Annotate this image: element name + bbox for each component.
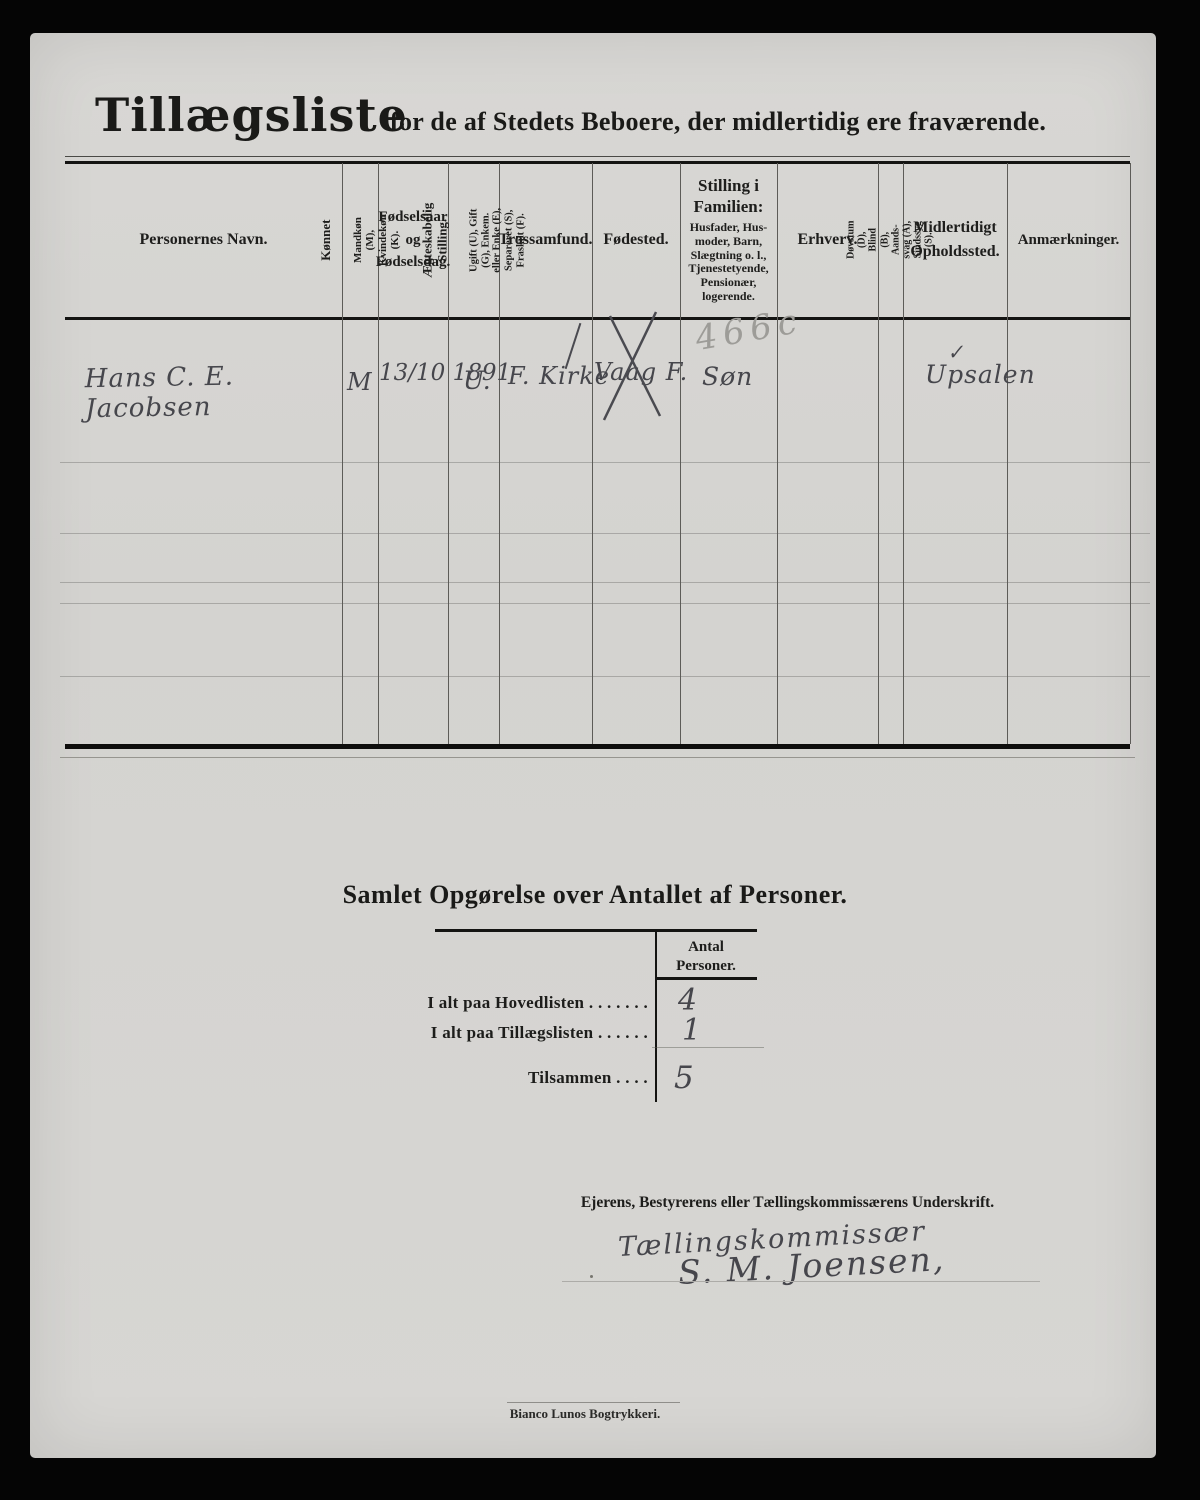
faint-row-line (60, 582, 1150, 583)
family-header-sub: Husfader, Hus- moder, Barn, Slægtning o.… (688, 221, 768, 304)
entry-temporary-residence: Upsalen (925, 360, 1036, 389)
column-header-faith: Trossamfund. (499, 163, 592, 317)
printer-rule (507, 1402, 680, 1403)
entry-name: Hans C. E. Jacobsen (84, 360, 340, 424)
summary-divider-line (652, 1047, 764, 1048)
column-header-family: Stilling i Familien: Husfader, Hus- mode… (680, 163, 777, 317)
entry-marital: U. (463, 366, 492, 395)
cross-out-mark (598, 310, 670, 422)
table-bottom-thin-rule (60, 757, 1135, 758)
summary-row-label: Tilsammen . . . . (398, 1068, 648, 1088)
summary-title: Samlet Opgørelse over Antallet af Person… (310, 880, 880, 910)
summary-header-rule (655, 977, 757, 980)
signature-line (562, 1281, 1040, 1282)
subtitle-emphasis: fraværende. (908, 107, 1046, 136)
marital-header-title: Ægteskabelig Stilling. (420, 202, 450, 277)
faint-row-line (60, 603, 1150, 604)
page-title: Tillægsliste (95, 88, 408, 142)
faint-row-line (60, 676, 1150, 677)
summary-top-rule (435, 929, 757, 932)
column-header-remarks: Anmærkninger. (1007, 163, 1130, 317)
sex-header-title: Kønnet (319, 214, 334, 266)
table-top-thin-rule (65, 156, 1130, 157)
table-right-edge (1130, 163, 1131, 744)
summary-row-label: I alt paa Hovedlisten . . . . . . . (398, 993, 648, 1013)
column-header-residence: Midlertidigt Opholdssted. (903, 163, 1007, 317)
summary-value-tilsammen: 5 (674, 1060, 695, 1096)
signature-line-dot (590, 1275, 593, 1278)
subtitle-text: for de af Stedets Beboere, der midlertid… (390, 107, 902, 136)
column-header-disability: Døvstum (D), Blind (B), Aands- svag (A),… (878, 163, 903, 317)
column-header-birthplace: Fødested. (592, 163, 680, 317)
column-header-marital: Ægteskabelig Stilling. Ugift (U), Gift (… (448, 163, 499, 317)
faint-row-line (60, 533, 1150, 534)
entry-sex: M (347, 368, 373, 396)
entry-family-position: Søn (702, 362, 753, 391)
summary-row-label: I alt paa Tillægslisten . . . . . . (398, 1023, 648, 1043)
column-header-sex: Kønnet Mandkøn (M), Kvindekøn (K). (342, 163, 378, 317)
summary-col-header: Antal Personer. (657, 938, 755, 976)
table-bottom-rule (65, 744, 1130, 749)
summary-value-tillaegslisten: 1 (682, 1013, 702, 1048)
printer-imprint: Bianco Lunos Bogtrykkeri. (485, 1406, 685, 1422)
faint-row-line (60, 462, 1150, 463)
scanned-census-page: Tillægsliste for de af Stedets Beboere, … (0, 0, 1200, 1500)
signature-caption: Ejerens, Bestyrerens eller Tællingskommi… (555, 1194, 1020, 1212)
check-mark: ✓ (946, 339, 966, 365)
family-header-title: Stilling i Familien: (694, 176, 764, 217)
page-subtitle: for de af Stedets Beboere, der midlertid… (390, 107, 1046, 137)
